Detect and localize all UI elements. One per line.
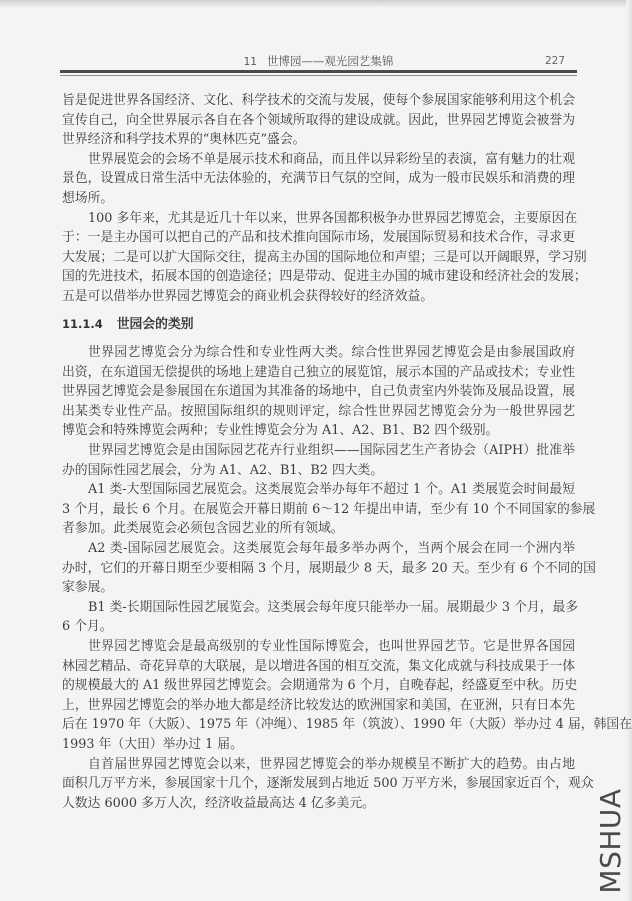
- text-line: 五是可以借举办世界园艺博览会的商业机会获得较好的经济效益。: [62, 287, 575, 307]
- paragraph: 世界展览会的会场不单是展示技术和商品，而且伴以异彩纷呈的表演，富有魅力的壮观 景…: [62, 150, 575, 209]
- text-line: 出某类专业性产品。按照国际组织的规则评定，综合性世界园艺博览会分为一般世界园艺: [62, 402, 575, 422]
- text-line: 3 个月，最长 6 个月。在展览会开幕日期前 6～12 年提出申请，至少有 10…: [62, 500, 575, 520]
- chapter-header: 11世博园——观光园艺集锦: [60, 52, 577, 71]
- text-line: 的规模最大的 A1 级世界园艺博览会。会期通常为 6 个月，自晚春起，经盛夏至中…: [62, 676, 575, 696]
- text-line: 博览会和特殊博览会两种；专业性博览会分为 A1、A2、B1、B2 四个级别。: [62, 421, 575, 441]
- chapter-title: 世博园——观光园艺集锦: [267, 54, 394, 68]
- text-line: 想场所。: [62, 189, 575, 209]
- text-line: 林园艺精品、奇花异草的大联展，是以增进各国的相互交流，集文化成就与科技成果于一体: [62, 657, 575, 677]
- text-line: 后在 1970 年（大阪）、1975 年（冲绳）、1985 年（筑波）、1990…: [62, 715, 575, 735]
- body-text: 旨是促进世界各国经济、文化、科学技术的交流与发展，使每个参展国家能够利用这个机会…: [62, 91, 575, 813]
- paragraph: 旨是促进世界各国经济、文化、科学技术的交流与发展，使每个参展国家能够利用这个机会…: [62, 91, 575, 150]
- text-line: B1 类-长期国际性园艺展览会。这类展会每年度只能举办一届。展期最少 3 个月，…: [62, 598, 575, 618]
- paragraph-b1: B1 类-长期国际性园艺展览会。这类展会每年度只能举办一届。展期最少 3 个月，…: [62, 598, 575, 637]
- text-line: 宣传自己，向全世界展示各自在各个领域所取得的建设成就。因此，世界园艺博览会被誉为: [62, 111, 575, 131]
- paragraph: 世界园艺博览会分为综合性和专业性两大类。综合性世界园艺博览会是由参展国政府 出资…: [62, 343, 575, 441]
- text-line: 家参展。: [62, 578, 575, 598]
- text-line: 1993 年（大田）举办过 1 届。: [62, 735, 575, 755]
- text-line: 世界经济和科学技术界的“奥林匹克”盛会。: [62, 130, 575, 150]
- scan-top-shadow: [0, 0, 632, 8]
- text-line: 世界园艺博览会是参展国在东道国为其准备的场地中，自己负责室内外装饰及展品设置，展: [62, 382, 575, 402]
- paragraph-a1: A1 类-大型国际园艺展览会。这类展览会举办每年不超过 1 个。A1 类展览会时…: [62, 480, 575, 539]
- scan-right-shadow: [626, 0, 632, 901]
- section-number: 11.1.4: [62, 317, 103, 331]
- paragraph-a2: A2 类-国际园艺展览会。这类展览会每年最多举办两个，当两个展会在同一个洲内举 …: [62, 539, 575, 598]
- paragraph: 世界园艺博览会是最高级别的专业性国际博览会，也叫世界园艺节。它是世界各国园 林园…: [62, 637, 575, 755]
- text-line: A2 类-国际园艺展览会。这类展览会每年最多举办两个，当两个展会在同一个洲内举: [62, 539, 575, 559]
- text-line: 旨是促进世界各国经济、文化、科学技术的交流与发展，使每个参展国家能够利用这个机会: [62, 91, 575, 111]
- text-line: 世界园艺博览会分为综合性和专业性两大类。综合性世界园艺博览会是由参展国政府: [62, 343, 575, 363]
- text-line: 出资，在东道国无偿提供的场地上建造自己独立的展览馆，展示本国的产品或技术；专业性: [62, 363, 575, 383]
- text-line: 世界展览会的会场不单是展示技术和商品，而且伴以异彩纷呈的表演，富有魅力的壮观: [62, 150, 575, 170]
- text-line: 大发展；二是可以扩大国际交往，提高主办国的国际地位和声望；三是可以开阔眼界，学习…: [62, 248, 575, 268]
- text-line: 于：一是主办国可以把自己的产品和技术推向国际市场，发展国际贸易和技术合作，寻求更: [62, 228, 575, 248]
- text-line: 世界园艺博览会是由国际园艺花卉行业组织——国际园艺生产者协会（AIPH）批准举: [62, 441, 575, 461]
- chapter-number: 11: [244, 56, 257, 68]
- watermark: MSHUA: [594, 786, 628, 896]
- paragraph: 自首届世界园艺博览会以来，世界园艺博览会的举办规模呈不断扩大的趋势。由占地 面积…: [62, 755, 575, 814]
- text-line: 景色，设置成日常生活中无法体验的，充满节日气氛的空间，成为一般市民娱乐和消费的理: [62, 169, 575, 189]
- text-line: 国的先进技术，拓展本国的创造途径；四是带动、促进主办国的城市建设和经济社会的发展…: [62, 267, 575, 287]
- text-line: 自首届世界园艺博览会以来，世界园艺博览会的举办规模呈不断扩大的趋势。由占地: [62, 755, 575, 775]
- text-line: 面积几万平方米，参展国家十几个，逐渐发展到占地近 500 万平方米，参展国家近百…: [62, 774, 575, 794]
- header-rule-thin: [60, 75, 577, 76]
- paragraph: 世界园艺博览会是由国际园艺花卉行业组织——国际园艺生产者协会（AIPH）批准举 …: [62, 441, 575, 480]
- text-line: 办时，它们的开幕日期至少要相隔 3 个月，展期最少 8 天，最多 20 天。至少…: [62, 559, 575, 579]
- text-line: 6 个月。: [62, 617, 575, 637]
- section-title: 世园会的类别: [117, 317, 194, 332]
- header-rule-thick: [60, 70, 577, 73]
- running-header: 11世博园——观光园艺集锦 227: [60, 52, 577, 70]
- section-heading: 11.1.4世园会的类别: [62, 315, 575, 335]
- text-line: 办的国际性园艺展会，分为 A1、A2、B1、B2 四大类。: [62, 461, 575, 481]
- text-line: 者参加。此类展览会必须包含园艺业的所有领域。: [62, 519, 575, 539]
- text-line: A1 类-大型国际园艺展览会。这类展览会举办每年不超过 1 个。A1 类展览会时…: [62, 480, 575, 500]
- text-line: 100 多年来，尤其是近几十年以来，世界各国都积极争办世界园艺博览会，主要原因在: [62, 209, 575, 229]
- page-number: 227: [545, 52, 565, 70]
- text-line: 上，世界园艺博览会的举办地大都是经济比较发达的欧洲国家和美国，在亚洲，只有日本先: [62, 696, 575, 716]
- text-line: 人数达 6000 多万人次，经济收益最高达 4 亿多美元。: [62, 794, 575, 814]
- text-line: 世界园艺博览会是最高级别的专业性国际博览会，也叫世界园艺节。它是世界各国园: [62, 637, 575, 657]
- paragraph: 100 多年来，尤其是近几十年以来，世界各国都积极争办世界园艺博览会，主要原因在…: [62, 209, 575, 307]
